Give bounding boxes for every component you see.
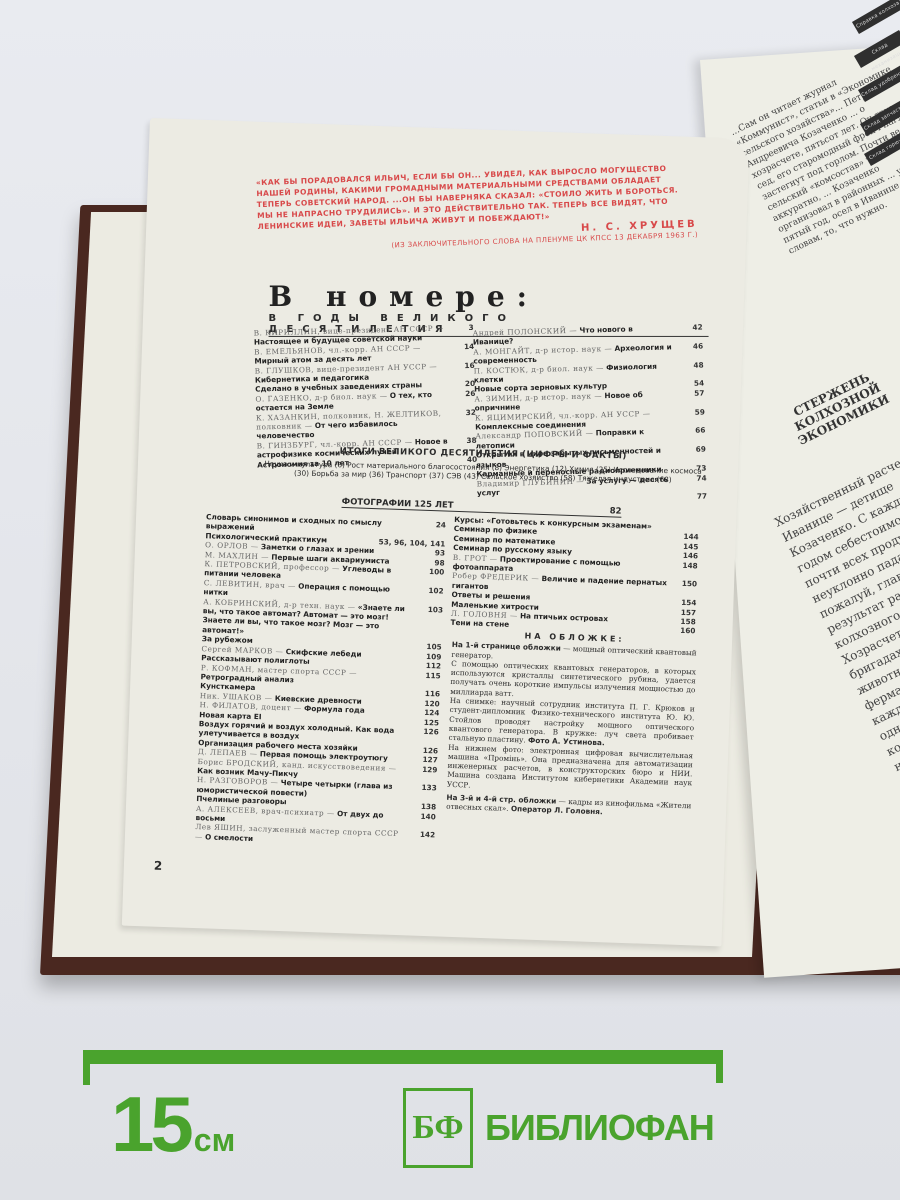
toc-page: 77 bbox=[685, 492, 707, 502]
photo125-label: ФОТОГРАФИИ 125 ЛЕТ bbox=[342, 497, 454, 511]
toc-page: 14 bbox=[452, 342, 474, 361]
scale-number: 15 bbox=[111, 1080, 190, 1168]
diagram-tag: Справка колхоза bbox=[852, 0, 900, 34]
toc-page: 150 bbox=[675, 579, 698, 599]
brand-name: БИБЛИОФАН bbox=[485, 1107, 714, 1149]
toc-page: 59 bbox=[683, 407, 705, 426]
article-body: Хозяйственный расчет в Иванице — детище … bbox=[772, 442, 900, 1082]
brand-logo: БФ БИБЛИОФАН bbox=[403, 1088, 714, 1168]
toc-page: 129 bbox=[415, 764, 438, 784]
toc-page: 16 bbox=[453, 360, 475, 379]
logo-mark-text: БФ bbox=[412, 1109, 463, 1147]
toc-column-4: Курсы: «Готовьтесь к конкурсным экзамена… bbox=[450, 515, 699, 636]
scale-unit: см bbox=[194, 1122, 235, 1158]
toc-title: О смелости bbox=[205, 832, 253, 843]
photo125-page: 82 bbox=[610, 506, 622, 516]
cover-note: НА ОБЛОЖКЕ: На 1-й странице обложки — мо… bbox=[446, 629, 697, 820]
page-number: 2 bbox=[154, 859, 163, 873]
toc-page: 102 bbox=[421, 586, 444, 606]
toc-page: 142 bbox=[413, 830, 436, 850]
toc-page: 100 bbox=[422, 567, 445, 587]
itogi-text: Наука и культура (6) Рост материального … bbox=[263, 459, 703, 485]
toc-page: 115 bbox=[418, 670, 441, 690]
scale-label: 15см bbox=[111, 1084, 235, 1164]
scale-tick-left bbox=[83, 1050, 90, 1085]
cover-note-p4: На нижнем фото: электронная цифровая выч… bbox=[447, 742, 693, 797]
toc-page: 3 bbox=[452, 323, 474, 342]
contents-page: «Как бы порадовался Ильич, если бы он...… bbox=[122, 118, 750, 946]
open-book-icon: БФ bbox=[403, 1088, 473, 1168]
toc-page: 66 bbox=[683, 426, 705, 445]
toc-page: 24 bbox=[423, 520, 446, 540]
toc-author: А. ЗИМИН, д-р истор. наук — bbox=[474, 391, 602, 403]
toc-title: Словарь синонимов и сходных по смыслу вы… bbox=[206, 512, 382, 532]
toc-page: 133 bbox=[414, 783, 437, 803]
masthead-title: В номере: bbox=[269, 280, 709, 313]
toc-title: Тени на стене bbox=[450, 618, 509, 629]
scale-tick-right bbox=[716, 1050, 723, 1083]
toc-author: Александр ПОПОВСКИЙ — bbox=[475, 429, 593, 441]
toc-page: 48 bbox=[682, 360, 704, 379]
article-heading: СТЕРЖЕНЬ КОЛХОЗНОЙ ЭКОНОМИКИ bbox=[752, 351, 900, 463]
toc-page: 32 bbox=[454, 407, 477, 436]
toc-page: 42 bbox=[681, 323, 703, 342]
toc-page: 57 bbox=[682, 388, 704, 407]
toc-page: 46 bbox=[681, 341, 703, 360]
scale-bar bbox=[83, 1050, 723, 1064]
toc-page: 26 bbox=[453, 389, 475, 408]
cover-note-p5-credit: Оператор Л. Головня. bbox=[511, 804, 603, 816]
toc-column-3: Словарь синонимов и сходных по смыслу вы… bbox=[195, 512, 446, 849]
seller-banner: 15см БФ БИБЛИОФАН bbox=[83, 1050, 723, 1180]
toc-page: 103 bbox=[420, 604, 443, 642]
khrushchev-quote: «Как бы порадовался Ильич, если бы он...… bbox=[256, 162, 698, 256]
toc-page: 160 bbox=[673, 626, 695, 636]
toc-page: 140 bbox=[413, 811, 436, 831]
itogi-section: ИТОГИ ВЕЛИКОГО ДЕСЯТИЛЕТИЯ (ЦИФРЫ И ФАКТ… bbox=[263, 446, 703, 485]
toc-page: 126 bbox=[416, 727, 439, 747]
toc-page: 148 bbox=[675, 560, 698, 580]
toc-author: Андрей ПОЛОНСКИЙ — bbox=[473, 326, 578, 338]
